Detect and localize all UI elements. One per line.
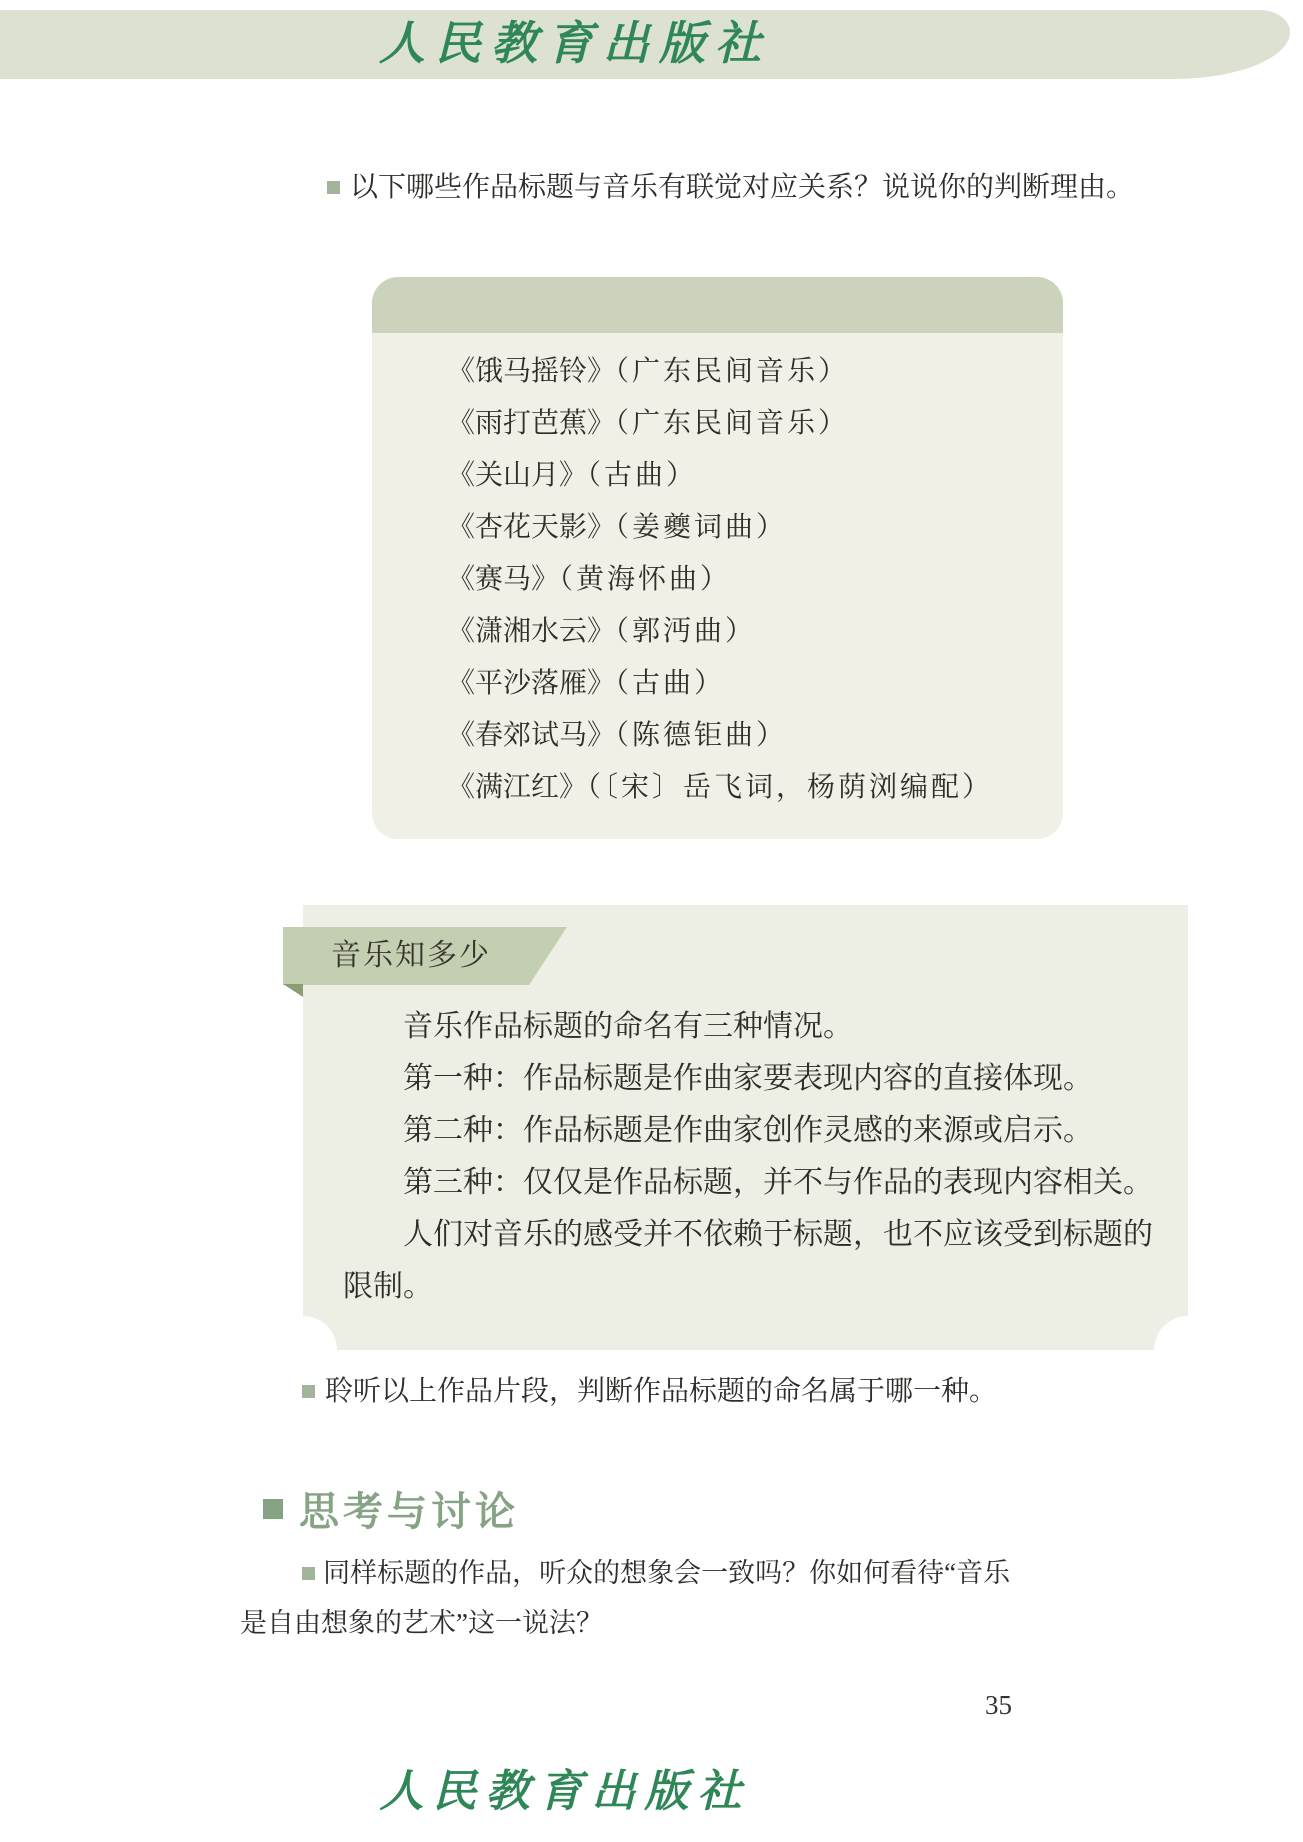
- work-item: 《雨打芭蕉》（广东民间音乐）: [447, 398, 1063, 450]
- work-item: 《杏花天影》（姜夔词曲）: [447, 502, 1063, 554]
- works-list: 《饿马摇铃》（广东民间音乐） 《雨打芭蕉》（广东民间音乐） 《关山月》（古曲） …: [372, 346, 1063, 814]
- work-item: 《满江红》（〔宋〕岳飞词，杨荫浏编配）: [447, 762, 1063, 814]
- work-title: 《潇湘水云》: [447, 616, 615, 647]
- work-attribution: （黄海怀曲）: [559, 564, 731, 595]
- work-attribution: （古曲）: [587, 460, 697, 491]
- knowledge-box-tab: 音乐知多少: [283, 927, 567, 985]
- work-item: 《潇湘水云》（郭沔曲）: [447, 606, 1063, 658]
- work-item: 《饿马摇铃》（广东民间音乐）: [447, 346, 1063, 398]
- work-attribution: （陈德钜曲）: [615, 720, 787, 751]
- work-title: 《春郊试马》: [447, 720, 615, 751]
- bullet-square-icon: [302, 1385, 315, 1398]
- knowledge-paragraph: 第三种：仅仅是作品标题，并不与作品的表现内容相关。: [343, 1157, 1165, 1209]
- work-title: 《饿马摇铃》: [447, 356, 615, 387]
- intro-bullet-line: 以下哪些作品标题与音乐有联觉对应关系？说说你的判断理由。: [327, 170, 1247, 206]
- listen-bullet-line: 聆听以上作品片段，判断作品标题的命名属于哪一种。: [302, 1374, 1222, 1410]
- work-attribution: （郭沔曲）: [615, 616, 756, 647]
- work-attribution: （广东民间音乐）: [615, 408, 849, 439]
- heading-square-icon: [263, 1499, 283, 1519]
- publisher-logo-bottom: 人民教育出版社: [0, 1762, 1130, 1822]
- discussion-bullet-text: 同样标题的作品，听众的想象会一致吗？你如何看待“音乐是自由想象的艺术”这一说法？: [240, 1558, 1010, 1638]
- work-title: 《平沙落雁》: [447, 668, 615, 699]
- bullet-square-icon: [302, 1567, 315, 1580]
- intro-bullet-text: 以下哪些作品标题与音乐有联觉对应关系？说说你的判断理由。: [350, 172, 1134, 203]
- textbook-page: 人民教育出版社 以下哪些作品标题与音乐有联觉对应关系？说说你的判断理由。 《饿马…: [0, 0, 1303, 1842]
- publisher-logo-top: 人民教育出版社: [0, 14, 1150, 74]
- work-item: 《平沙落雁》（古曲）: [447, 658, 1063, 710]
- work-title: 《雨打芭蕉》: [447, 408, 615, 439]
- works-list-box-header: [372, 277, 1063, 333]
- work-title: 《满江红》: [447, 772, 587, 803]
- knowledge-box-tab-label: 音乐知多少: [283, 927, 567, 984]
- knowledge-paragraph: 第一种：作品标题是作曲家要表现内容的直接体现。: [343, 1053, 1165, 1105]
- work-title: 《杏花天影》: [447, 512, 615, 543]
- knowledge-paragraph: 人们对音乐的感受并不依赖于标题，也不应该受到标题的限制。: [343, 1209, 1165, 1313]
- work-item: 《春郊试马》（陈德钜曲）: [447, 710, 1063, 762]
- page-number: 35: [985, 1690, 1012, 1721]
- work-attribution: （〔宋〕岳飞词，杨荫浏编配）: [587, 772, 993, 803]
- work-item: 《关山月》（古曲）: [447, 450, 1063, 502]
- work-attribution: （姜夔词曲）: [615, 512, 787, 543]
- discussion-heading: 思考与讨论: [263, 1480, 519, 1537]
- discussion-paragraph: 同样标题的作品，听众的想象会一致吗？你如何看待“音乐是自由想象的艺术”这一说法？: [240, 1548, 1032, 1648]
- listen-bullet-text: 聆听以上作品片段，判断作品标题的命名属于哪一种。: [325, 1376, 997, 1407]
- knowledge-paragraph: 第二种：作品标题是作曲家创作灵感的来源或启示。: [343, 1105, 1165, 1157]
- work-item: 《赛马》（黄海怀曲）: [447, 554, 1063, 606]
- bullet-square-icon: [327, 181, 340, 194]
- work-title: 《关山月》: [447, 460, 587, 491]
- discussion-heading-text: 思考与讨论: [299, 1480, 519, 1537]
- tab-fold-icon: [283, 984, 303, 997]
- knowledge-box-text: 音乐作品标题的命名有三种情况。 第一种：作品标题是作曲家要表现内容的直接体现。 …: [343, 1001, 1165, 1313]
- work-attribution: （广东民间音乐）: [615, 356, 849, 387]
- works-list-box: 《饿马摇铃》（广东民间音乐） 《雨打芭蕉》（广东民间音乐） 《关山月》（古曲） …: [372, 277, 1063, 839]
- work-title: 《赛马》: [447, 564, 559, 595]
- work-attribution: （古曲）: [615, 668, 725, 699]
- knowledge-paragraph: 音乐作品标题的命名有三种情况。: [343, 1001, 1165, 1053]
